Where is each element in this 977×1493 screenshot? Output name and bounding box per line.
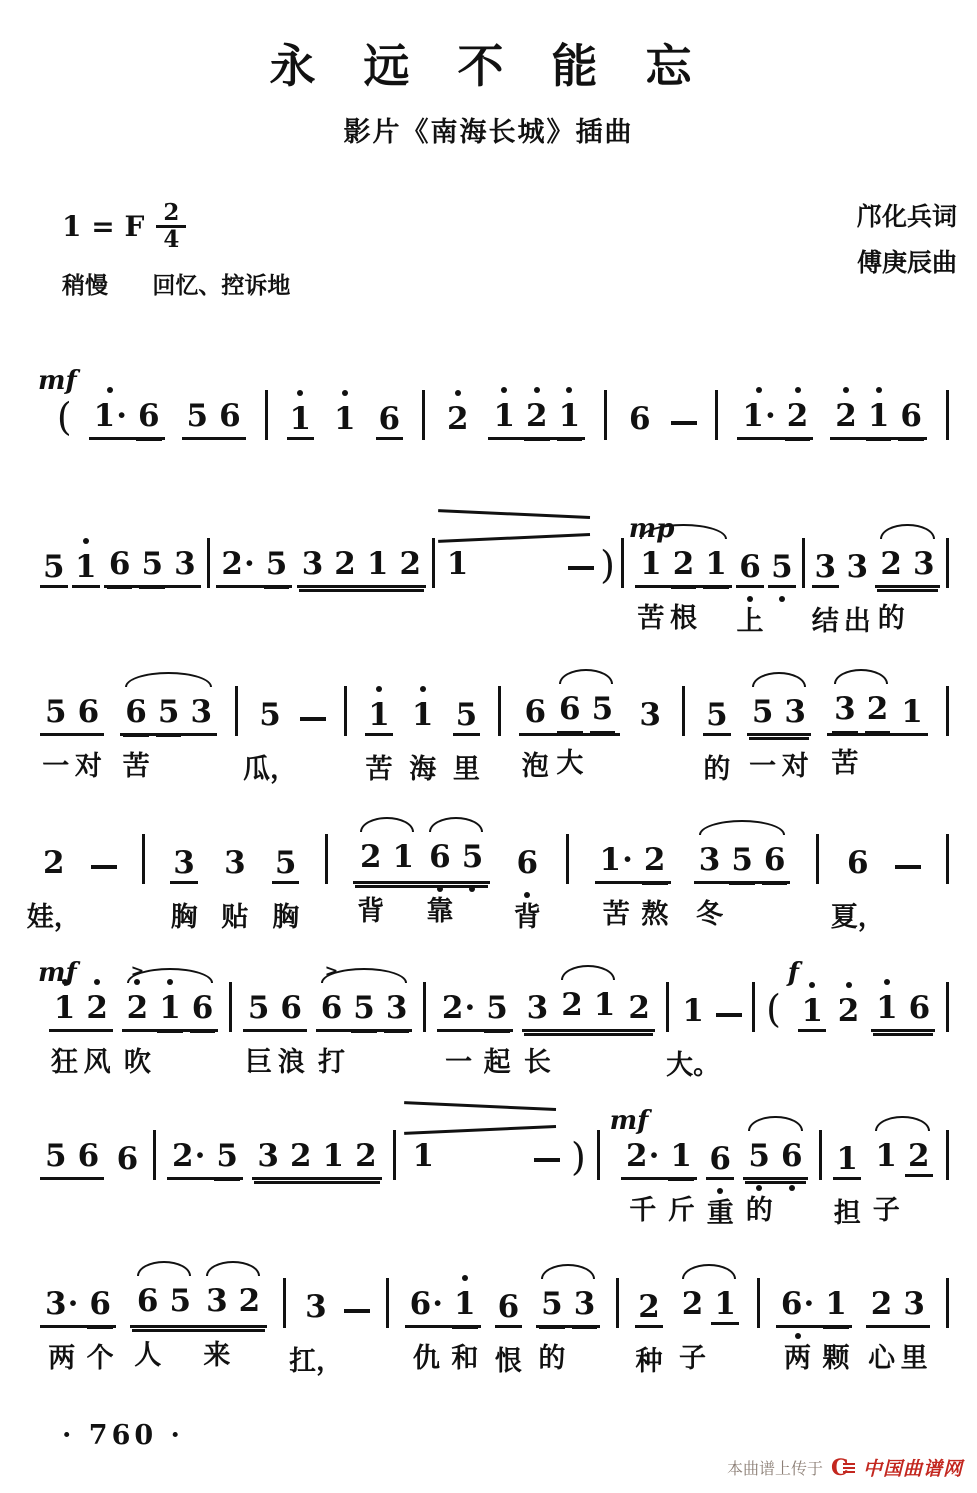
note: 6 xyxy=(106,546,134,585)
octave-dot-high xyxy=(167,979,173,985)
note: 6恨 xyxy=(495,1289,523,1328)
note: 6背 xyxy=(514,845,542,884)
lyric: 一 xyxy=(749,744,776,783)
lyric: 重 xyxy=(707,1191,734,1230)
barline xyxy=(325,834,328,884)
beam-group: 2心3里 xyxy=(866,1286,930,1328)
note: 2根 xyxy=(670,546,698,585)
tempo-row: 稍慢 回忆、控诉地 xyxy=(62,267,917,300)
lyric: 对 xyxy=(782,744,809,783)
barline xyxy=(207,538,210,588)
lyric: 根 xyxy=(670,596,697,635)
augmentation-dot: · xyxy=(465,990,476,1026)
note: 2·一 xyxy=(439,990,478,1029)
note: 5的 xyxy=(703,697,731,736)
note: 1 xyxy=(156,990,184,1029)
note: 2熬 xyxy=(641,842,669,881)
octave-dot-high xyxy=(94,979,100,985)
augmentation-dot: · xyxy=(116,398,127,434)
note: 1苦 xyxy=(365,697,393,736)
note: 1 xyxy=(702,546,730,585)
note: 6 xyxy=(135,398,163,437)
lyric: 巨 xyxy=(245,1040,272,1079)
beam-group: 16 xyxy=(871,990,935,1032)
note: 1 xyxy=(865,398,893,437)
lyric: 夏， xyxy=(831,895,885,934)
note: 5 xyxy=(728,842,756,881)
dynamic-label: mf xyxy=(610,1106,649,1136)
augmentation-dot: · xyxy=(432,1286,443,1322)
note: 3 xyxy=(254,1138,282,1177)
note: 1· xyxy=(91,398,130,437)
note: 2的 xyxy=(877,546,905,585)
score-line: mf(1·656116212161·2216 xyxy=(40,384,951,440)
octave-dot-high xyxy=(62,979,68,985)
lyric: 两 xyxy=(784,1336,811,1375)
lyric: 娃， xyxy=(27,895,81,934)
barline xyxy=(819,1130,822,1180)
octave-dot-high xyxy=(809,982,815,988)
lyric: 种 xyxy=(636,1339,663,1378)
duration-dash xyxy=(91,865,117,869)
lyric: 人 xyxy=(134,1333,161,1372)
beam-group: 653 xyxy=(104,546,201,588)
note: 1 xyxy=(711,1286,739,1325)
beam-group: 1·6 xyxy=(89,398,165,440)
note: 1 xyxy=(444,546,472,585)
note: 2子 xyxy=(679,1286,707,1325)
barline xyxy=(597,1130,600,1180)
note: 5巨 xyxy=(245,990,273,1029)
lyricist-credit: 邝化兵词 xyxy=(857,195,957,241)
watermark-site-name: 中国曲谱网 xyxy=(863,1454,963,1481)
barline xyxy=(422,390,425,440)
note: 6 xyxy=(626,401,654,440)
lyric: 瓜， xyxy=(243,747,297,786)
beam-group: 5巨6浪 xyxy=(243,990,307,1032)
barline xyxy=(283,1278,286,1328)
barline xyxy=(946,538,949,588)
note: 3结 xyxy=(812,549,840,588)
beam-group: 2·5 xyxy=(167,1138,243,1180)
key-label: 1 = F xyxy=(62,210,144,243)
octave-dot-high xyxy=(846,982,852,988)
lyric: 结 xyxy=(812,599,839,638)
barline xyxy=(393,1130,396,1180)
note: 5胸 xyxy=(272,845,300,884)
open-paren: ( xyxy=(57,395,72,440)
duration-dash xyxy=(344,1309,370,1313)
slur-group: 6大5 xyxy=(554,691,618,733)
slur-group: 21 xyxy=(556,987,620,1029)
lyric: 子 xyxy=(873,1188,900,1227)
note: 2 xyxy=(784,398,812,437)
note: 5的 xyxy=(538,1286,566,1325)
note: 3出 xyxy=(843,549,871,588)
octave-dot-high xyxy=(795,387,801,393)
lyric: 仇 xyxy=(413,1336,440,1375)
octave-dot-high xyxy=(455,390,461,396)
note: 1 xyxy=(798,993,826,1032)
score-line: 2娃，3胸3贴5胸2背16靠56背1·苦2熬3冬566夏， xyxy=(40,828,951,884)
lyric: 来 xyxy=(203,1333,230,1372)
credits: 邝化兵词 傅庚辰曲 xyxy=(857,195,957,288)
barline xyxy=(946,834,949,884)
barline xyxy=(946,390,949,440)
note: 5 xyxy=(167,1283,195,1322)
lyric: 的 xyxy=(703,747,730,786)
lyric: 苦 xyxy=(637,596,664,635)
beam-group: 3苦21 xyxy=(827,691,928,736)
lyric: 里 xyxy=(901,1336,928,1375)
note: 2 xyxy=(523,398,551,437)
octave-dot-high xyxy=(884,979,890,985)
note: 5 xyxy=(263,546,291,585)
lyric: 背 xyxy=(514,895,541,934)
slur-group: 1苦2根1 xyxy=(635,546,732,588)
note: 5里 xyxy=(453,697,481,736)
barline xyxy=(752,982,755,1032)
note: 6泡 xyxy=(521,694,549,733)
note: 5 xyxy=(42,1138,70,1177)
lyric: 冬 xyxy=(696,892,723,931)
note: 6 xyxy=(897,398,925,437)
note: 1海 xyxy=(409,697,437,736)
beam-group: 6泡6大5 xyxy=(519,691,620,736)
note: 3里 xyxy=(900,1286,928,1325)
barline xyxy=(946,686,949,736)
octave-dot-low xyxy=(469,886,475,892)
note: 6>打 xyxy=(318,990,346,1029)
lyric: 一 xyxy=(42,744,69,783)
note: 5瓜， xyxy=(256,697,284,736)
note: 6 xyxy=(216,398,244,437)
note: 3 xyxy=(171,546,199,585)
note: 5 xyxy=(184,398,212,437)
barline xyxy=(816,834,819,884)
key-signature: 1 = F 2 4 xyxy=(62,201,186,252)
lyric: 出 xyxy=(844,599,871,638)
beam-group: 1·2 xyxy=(737,398,813,440)
barline xyxy=(946,1130,949,1180)
barline xyxy=(235,686,238,736)
lyric: 千 xyxy=(629,1188,656,1227)
note: 1 xyxy=(556,398,584,437)
barline xyxy=(229,982,232,1032)
note: 6 xyxy=(906,990,934,1029)
lyric: 胸 xyxy=(171,895,198,934)
beam-group: 2背16靠5 xyxy=(353,839,490,884)
beam-group: 121 xyxy=(488,398,585,440)
score-line: mf1狂2风2>吹165巨6浪6>打532·一5起3长2121大。(f1216 xyxy=(40,976,951,1032)
note: 1 xyxy=(331,401,359,440)
lyric: 上 xyxy=(737,599,764,638)
beam-group: 3·两6个 xyxy=(40,1286,116,1328)
barline xyxy=(142,834,145,884)
slur-group: 6人5 xyxy=(132,1283,196,1325)
note: 6 xyxy=(189,990,217,1029)
lyric: 浪 xyxy=(278,1040,305,1079)
note: 2 xyxy=(864,691,892,730)
lyric: 恨 xyxy=(495,1339,522,1378)
note: 5 xyxy=(138,546,166,585)
note: 3 xyxy=(383,990,411,1029)
note: 3长 xyxy=(524,990,552,1029)
note: 3 xyxy=(187,694,215,733)
note: 6夏， xyxy=(844,845,872,884)
slur-group: 3冬56 xyxy=(694,842,791,884)
lyric: 扛， xyxy=(289,1339,343,1378)
site-logo-icon: C xyxy=(831,1457,855,1479)
barline xyxy=(757,1278,760,1328)
note: 5 xyxy=(40,549,68,588)
note: 1斤 xyxy=(667,1138,695,1177)
lyric: 打 xyxy=(318,1040,345,1079)
note: 1 xyxy=(72,549,100,588)
note: 2· xyxy=(218,546,257,585)
note: 6 xyxy=(376,401,404,440)
lyric: 两 xyxy=(48,1336,75,1375)
lyric: 风 xyxy=(84,1040,111,1079)
meter-numerator: 2 xyxy=(156,201,186,228)
octave-dot-high xyxy=(843,387,849,393)
beam-group: 2·5 xyxy=(216,546,292,588)
dynamic-label: mf xyxy=(38,958,77,988)
octave-dot-high xyxy=(566,387,572,393)
note: 3来 xyxy=(203,1283,231,1322)
lyric: 里 xyxy=(453,747,480,786)
lyric: 的 xyxy=(746,1188,773,1227)
lyric: 长 xyxy=(524,1040,551,1079)
score-line: 5一6对6苦535瓜，1苦1海5里6泡6大535的5一3对3苦21 xyxy=(40,680,951,736)
time-signature: 2 4 xyxy=(156,201,186,252)
note: 2 xyxy=(832,398,860,437)
lyric: 子 xyxy=(679,1336,706,1375)
barline xyxy=(802,538,805,588)
barline xyxy=(946,982,949,1032)
duration-dash xyxy=(300,717,326,721)
note: 2 xyxy=(444,401,472,440)
note: 2· xyxy=(169,1138,208,1177)
barline xyxy=(386,1278,389,1328)
beam-group: 6人53来2 xyxy=(130,1283,267,1328)
note: 6大 xyxy=(556,691,584,730)
note: 2心 xyxy=(868,1286,896,1325)
score-line: 516532·532121)mp1苦2根16上53结3出2的3 xyxy=(40,532,951,588)
augmentation-dot: · xyxy=(195,1138,206,1174)
lyric: 和 xyxy=(451,1336,478,1375)
lyric: 吹 xyxy=(124,1040,151,1079)
lyric: 大 xyxy=(556,741,583,780)
lyric: 的 xyxy=(878,596,905,635)
note: 6个 xyxy=(86,1286,114,1325)
note: 1颗 xyxy=(822,1286,850,1325)
octave-dot-high xyxy=(376,686,382,692)
note: 6 xyxy=(761,842,789,881)
lyric: 苦 xyxy=(123,744,150,783)
note: 2 xyxy=(835,993,863,1032)
note: 5 xyxy=(213,1138,241,1177)
score: mf(1·656116212161·2216516532·532121)mp1苦… xyxy=(0,384,977,1328)
lyric: 苦 xyxy=(831,741,858,780)
lyric: 贴 xyxy=(221,895,248,934)
octave-dot-high xyxy=(297,390,303,396)
lyric: 背 xyxy=(357,889,384,928)
note: 6 xyxy=(114,1141,142,1180)
beam-group: 56 xyxy=(40,1138,104,1180)
lyric: 海 xyxy=(409,747,436,786)
augmentation-dot: · xyxy=(649,1138,660,1174)
note: 5 xyxy=(155,694,183,733)
note: 6·两 xyxy=(778,1286,817,1325)
decrescendo-hairpin xyxy=(438,533,590,543)
note: 1 xyxy=(390,839,418,878)
note: 3 xyxy=(910,546,938,585)
note: 3冬 xyxy=(696,842,724,881)
hairpin-group: 1 xyxy=(442,546,596,588)
lyric: 胸 xyxy=(272,895,299,934)
sheet-music-page: { "page": { "background": "#ffffff", "in… xyxy=(0,0,977,1493)
barline xyxy=(616,1278,619,1328)
barline xyxy=(423,982,426,1032)
beam-group: 6·仇1和 xyxy=(405,1286,481,1328)
slur-group: 2背1 xyxy=(355,839,419,881)
composer-credit: 傅庚辰曲 xyxy=(857,241,957,287)
decrescendo-hairpin xyxy=(438,509,590,519)
note: 1子 xyxy=(872,1138,900,1177)
note: 1担 xyxy=(833,1141,861,1180)
lyric: 大。 xyxy=(666,1043,720,1082)
note: 3 xyxy=(636,697,664,736)
barline xyxy=(604,390,607,440)
barline xyxy=(682,686,685,736)
close-paren: ) xyxy=(600,543,615,588)
barline xyxy=(566,834,569,884)
note: 6 xyxy=(778,1138,806,1177)
note: 2 xyxy=(236,1283,264,1322)
lyric: 的 xyxy=(538,1336,565,1375)
watermark-prefix: 本曲谱上传于 xyxy=(727,1456,823,1479)
note: 2 xyxy=(352,1138,380,1177)
octave-dot-low xyxy=(779,596,785,602)
lyric: 对 xyxy=(75,744,102,783)
beam-group: 6·两1颗 xyxy=(776,1286,852,1328)
beam-group: 1狂2风 xyxy=(49,990,113,1032)
note: 6重 xyxy=(706,1141,734,1180)
octave-dot-high xyxy=(83,538,89,544)
hairpin-group: 1 xyxy=(408,1138,562,1180)
note: 5 xyxy=(768,549,796,588)
augmentation-dot: · xyxy=(765,398,776,434)
note: 2 xyxy=(396,546,424,585)
note: 1大。 xyxy=(679,993,707,1032)
beam-group: 2·千1斤 xyxy=(621,1138,697,1180)
note: 1 xyxy=(320,1138,348,1177)
note: 2 xyxy=(905,1138,933,1177)
octave-dot-high xyxy=(876,387,882,393)
note: 2·千 xyxy=(623,1138,662,1177)
slur-group: 5的3 xyxy=(536,1286,600,1328)
note: 3 xyxy=(571,1286,599,1325)
note: 2 xyxy=(558,987,586,1026)
lyric: 靠 xyxy=(426,889,453,928)
note: 2娃， xyxy=(40,845,68,884)
barline xyxy=(344,686,347,736)
note: 2背 xyxy=(357,839,385,878)
note: 6靠 xyxy=(426,839,454,878)
octave-dot-low xyxy=(789,1185,795,1191)
beam-group: 5一6对 xyxy=(40,694,104,736)
slur-group: 2的3 xyxy=(875,546,939,588)
lyric: 狂 xyxy=(51,1040,78,1079)
barline xyxy=(153,1130,156,1180)
duration-dash xyxy=(671,421,697,425)
barline xyxy=(498,686,501,736)
lyric: 熬 xyxy=(641,892,668,931)
note: 1和 xyxy=(451,1286,479,1325)
note: 1狂 xyxy=(51,990,79,1029)
augmentation-dot: · xyxy=(244,546,255,582)
duration-dash xyxy=(716,1013,742,1017)
note: 1·苦 xyxy=(597,842,636,881)
slur-group: 6靠5 xyxy=(424,839,488,881)
note: 1 xyxy=(410,1138,438,1177)
note: 2风 xyxy=(83,990,111,1029)
beam-group: 3212 xyxy=(252,1138,381,1180)
note: 3贴 xyxy=(221,845,249,884)
lyric: 泡 xyxy=(522,744,549,783)
note: 3扛， xyxy=(302,1289,330,1328)
decrescendo-hairpin xyxy=(404,1101,556,1111)
beam-group: 3212 xyxy=(297,546,426,588)
note: 5的 xyxy=(745,1138,773,1177)
duration-dash xyxy=(534,1158,560,1162)
note: 1 xyxy=(591,987,619,1026)
note: 2 xyxy=(287,1138,315,1177)
open-paren: ( xyxy=(766,987,781,1032)
slur-group: 5的6 xyxy=(743,1138,807,1180)
tempo-marking: 稍慢 xyxy=(62,272,108,298)
note: 1· xyxy=(739,398,778,437)
note: 1 xyxy=(287,401,315,440)
octave-dot-high xyxy=(501,387,507,393)
note: 5 xyxy=(350,990,378,1029)
augmentation-dot: · xyxy=(803,1286,814,1322)
slur-group: 3来2 xyxy=(201,1283,265,1325)
accent-icon: > xyxy=(325,961,338,980)
barline xyxy=(265,390,268,440)
beam-group: 56 xyxy=(182,398,246,440)
note: 2种 xyxy=(635,1289,663,1328)
lyric: 起 xyxy=(484,1040,511,1079)
octave-dot-high xyxy=(107,387,113,393)
slur-group: 2子1 xyxy=(677,1286,741,1328)
octave-dot-high xyxy=(534,387,540,393)
slur-group: 6>打53 xyxy=(316,990,413,1032)
slur-group: 1子2 xyxy=(870,1138,934,1180)
barline xyxy=(621,538,624,588)
decrescendo-hairpin xyxy=(404,1125,556,1135)
note: 1 xyxy=(490,398,518,437)
note: 6·仇 xyxy=(407,1286,446,1325)
lyric: 心 xyxy=(868,1336,895,1375)
note: 1 xyxy=(364,546,392,585)
note: 3·两 xyxy=(42,1286,81,1325)
meter-denominator: 4 xyxy=(156,228,186,252)
dynamic-label: mf xyxy=(38,366,77,396)
page-title: 永 远 不 能 忘 xyxy=(0,30,977,96)
lyric: 一 xyxy=(445,1040,472,1079)
